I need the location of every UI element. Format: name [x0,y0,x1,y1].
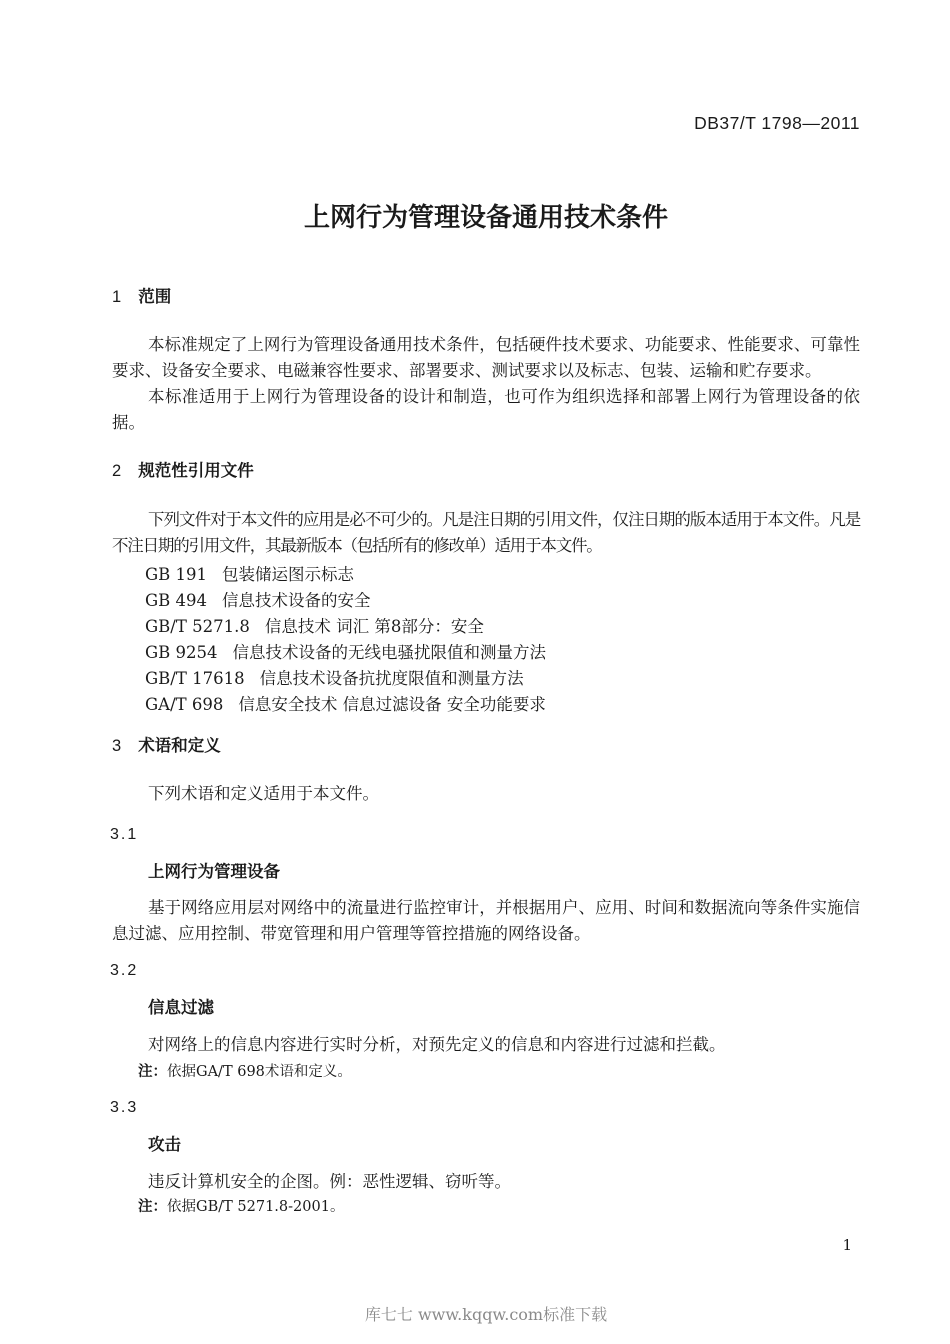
section-1-number: 1 [112,284,121,310]
reference-code: GB 191 [145,562,207,588]
note-label: 注： [138,1198,167,1215]
note-text: 依据GB/T 5271.8-2001。 [167,1199,344,1215]
term-3-2-name: 信息过滤 [148,995,214,1021]
scope-paragraph-2: 本标准适用于上网行为管理设备的设计和制造，也可作为组织选择和部署上网行为管理设备… [112,384,860,436]
references-intro: 下列文件对于本文件的应用是必不可少的。凡是注日期的引用文件，仅注日期的版本适用于… [112,507,860,559]
terms-intro: 下列术语和定义适用于本文件。 [112,781,860,807]
reference-item: GB/T 17618信息技术设备抗扰度限值和测量方法 [145,666,524,692]
reference-item: GB 9254信息技术设备的无线电骚扰限值和测量方法 [145,640,546,666]
section-3-number: 3 [112,733,121,759]
term-3-3-number: 3.3 [110,1095,138,1121]
term-3-3-definition: 违反计算机安全的企图。例：恶性逻辑、窃听等。 [112,1169,860,1195]
term-3-1-number: 3.1 [110,822,138,848]
section-2-number: 2 [112,458,121,484]
reference-title: 信息技术 词汇 第8部分：安全 [265,617,484,636]
scope-paragraph-1: 本标准规定了上网行为管理设备通用技术条件，包括硬件技术要求、功能要求、性能要求、… [112,332,860,384]
footer-watermark: 库七七 www.kqqw.com标准下载 [112,1304,860,1326]
reference-code: GA/T 698 [145,692,223,718]
section-2-heading: 2规范性引用文件 [112,458,254,484]
term-3-2-definition: 对网络上的信息内容进行实时分析，对预先定义的信息和内容进行过滤和拦截。 [112,1032,860,1058]
reference-title: 信息安全技术 信息过滤设备 安全功能要求 [238,695,546,714]
note-label: 注： [138,1063,167,1080]
section-1-heading: 1范围 [112,284,171,310]
term-3-1-definition: 基于网络应用层对网络中的流量进行监控审计，并根据用户、应用、时间和数据流向等条件… [112,895,860,947]
reference-item: GB/T 5271.8信息技术 词汇 第8部分：安全 [145,614,484,640]
doc-title: 上网行为管理设备通用技术条件 [112,200,860,234]
section-3-title: 术语和定义 [138,737,221,755]
section-2-title: 规范性引用文件 [138,462,254,480]
term-3-1-name: 上网行为管理设备 [148,859,280,885]
reference-title: 信息技术设备的安全 [222,591,371,610]
reference-title: 信息技术设备抗扰度限值和测量方法 [260,669,524,688]
section-1-title: 范围 [138,288,171,306]
reference-title: 包装储运图示标志 [222,565,354,584]
reference-code: GB/T 17618 [145,666,245,692]
term-3-2-note: 注：依据GA/T 698术语和定义。 [138,1059,860,1085]
document-page: DB37/T 1798—2011 上网行为管理设备通用技术条件 1范围 本标准规… [0,0,950,1344]
reference-item: GB 494信息技术设备的安全 [145,588,371,614]
note-text: 依据GA/T 698术语和定义。 [167,1064,352,1080]
reference-item: GB 191包装储运图示标志 [145,562,354,588]
reference-title: 信息技术设备的无线电骚扰限值和测量方法 [233,643,547,662]
term-3-3-note: 注：依据GB/T 5271.8-2001。 [138,1194,860,1220]
page-number: 1 [842,1236,852,1254]
term-3-3-name: 攻击 [148,1132,181,1158]
header-doc-code: DB37/T 1798—2011 [694,113,860,133]
reference-code: GB 9254 [145,640,218,666]
section-3-heading: 3术语和定义 [112,733,221,759]
reference-code: GB/T 5271.8 [145,614,250,640]
reference-item: GA/T 698信息安全技术 信息过滤设备 安全功能要求 [145,692,546,718]
reference-code: GB 494 [145,588,207,614]
term-3-2-number: 3.2 [110,958,138,984]
